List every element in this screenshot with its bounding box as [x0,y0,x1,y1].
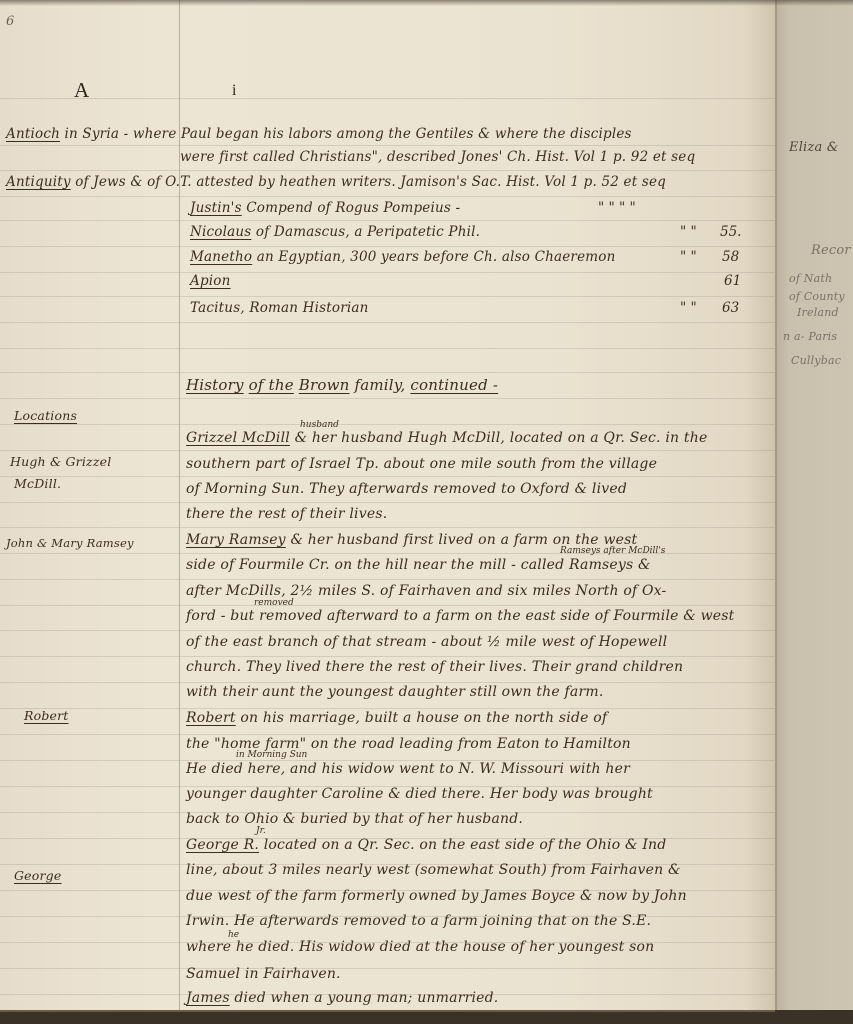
interlinear-note: removed [254,598,294,608]
body-line: where he died. His widow died at the hou… [186,939,654,955]
title-part: History [186,376,244,394]
person-name: Robert [186,710,236,726]
facing-text: of Nath [789,272,832,285]
body-line: Grizzel McDill & her husband Hugh McDill… [186,430,707,446]
index-entry-antioch: Antioch in Syria - where Paul began his … [6,126,632,142]
index-heading: Antiquity [6,174,71,190]
line-text: located on a Qr. Sec. on the east side o… [259,837,666,853]
line-text: & her husband Hugh McDill, located on a … [290,430,707,446]
page-reference: 55. [720,224,741,240]
sub-entry: Justin's Compend of Rogus Pompeius - [190,200,460,216]
ruled-line [0,322,775,323]
title-part: family, [354,376,405,394]
ruled-line [0,682,775,683]
body-line: there the rest of their lives. [186,506,387,522]
facing-text: n a- Paris [783,330,837,343]
ruled-line [0,372,775,373]
top-shadow [0,0,853,6]
ruled-line [0,220,775,221]
body-line: line, about 3 miles nearly west (somewha… [186,862,681,878]
margin-note-george: George [14,868,61,883]
ruled-line [0,398,775,399]
index-text: attested by heathen writers. Jamison's S… [196,174,666,190]
sub-entry-name: Nicolaus [190,224,251,240]
ditto-marks: " " [680,224,697,240]
person-name: Mary Ramsey [186,532,286,548]
interlinear-note: Ramseys after McDill's [560,546,665,556]
ruled-line [0,98,775,99]
page-reference: 61 [724,273,741,289]
body-line: after McDills, 2½ miles S. of Fairhaven … [186,583,666,599]
margin-heading-locations: Locations [14,408,77,423]
person-name: Grizzel McDill [186,430,290,446]
ruled-line [0,348,775,349]
interlinear-note: in Morning Sun [236,750,307,760]
facing-text: Ireland [797,306,839,319]
sub-entry-text: Roman Historian [249,300,368,316]
page-reference: 63 [722,300,739,316]
title-part: continued - [410,376,498,394]
index-letter: A [74,78,89,103]
body-line: southern part of Israel Tp. about one mi… [186,456,657,472]
body-line: of Morning Sun. They afterwards removed … [186,481,627,497]
ruled-line [0,579,775,580]
index-sub-letter: i [232,82,236,100]
section-title: History of the Brown family, continued - [186,376,498,394]
corner-page-mark: 6 [6,14,14,29]
margin-note-robert: Robert [24,708,69,723]
ruled-line [0,272,775,273]
body-line: of the east branch of that stream - abou… [186,634,667,650]
body-line: ford - but removed afterward to a farm o… [186,608,734,624]
facing-text: Cullybac [791,354,841,367]
body-line: George R. located on a Qr. Sec. on the e… [186,837,666,853]
title-part: of the [249,376,294,394]
sub-entry: Nicolaus of Damascus, a Peripatetic Phil… [190,224,480,240]
ruled-line [0,502,775,503]
body-line: He died here, and his widow went to N. W… [186,761,630,777]
index-continuation: were first called Christians", described… [180,149,695,165]
index-heading: Antioch [6,126,60,142]
sub-entry-text: Compend of Rogus Pompeius - [246,200,460,216]
body-line: Samuel in Fairhaven. [186,966,341,982]
line-text: on his marriage, built a house on the no… [236,710,608,726]
sub-entry-name: Justin's [190,200,242,216]
ruled-line [0,196,775,197]
margin-note-mcdill: McDill. [14,476,61,491]
ruled-line [0,246,775,247]
ditto-marks: " " [680,300,697,316]
ledger-page: 6 A i Antioch in Syria - where Paul bega… [0,0,775,1012]
body-line: with their aunt the youngest daughter st… [186,684,603,700]
ruled-line [0,476,775,477]
body-line: Irwin. He afterwards removed to a farm j… [186,913,651,929]
margin-note-john-mary: John & Mary Ramsey [6,536,134,550]
ditto-marks: " " " " [598,200,636,216]
sub-entry: Apion [190,273,231,289]
index-heading-rest: in Syria - [64,126,128,142]
page-reference: 58 [722,249,739,265]
ruled-line [0,450,775,451]
sub-entry-name: Apion [190,273,231,289]
index-heading-rest: of Jews & of O.T. [75,174,192,190]
body-line: church. They lived there the rest of the… [186,659,683,675]
ruled-line [0,656,775,657]
ruled-line [0,424,775,425]
sub-entry-name: Manetho [190,249,252,265]
body-line: younger daughter Caroline & died there. … [186,786,653,802]
ruled-line [0,734,775,735]
sub-entry: Manetho an Egyptian, 300 years before Ch… [190,249,616,265]
body-line: side of Fourmile Cr. on the hill near th… [186,557,651,573]
ruled-line [0,708,775,709]
person-name: George R. [186,837,259,853]
index-text: where Paul began his labors among the Ge… [133,126,632,142]
ruled-line [0,527,775,528]
index-entry-antiquity: Antiquity of Jews & of O.T. attested by … [6,174,666,190]
interlinear-note: husband [300,420,339,430]
ruled-line [0,605,775,606]
facing-text: Recor [811,243,851,258]
body-line: Robert on his marriage, built a house on… [186,710,607,726]
ruled-line [0,630,775,631]
body-line: due west of the farm formerly owned by J… [186,888,687,904]
body-line: back to Ohio & buried by that of her hus… [186,811,523,827]
ruled-line [0,968,775,969]
sub-entry: Tacitus, Roman Historian [190,300,369,316]
interlinear-note: Jr. [256,826,266,836]
sub-entry-text: an Egyptian, 300 years before Ch. also C… [257,249,616,265]
sub-entry-text: of Damascus, a Peripatetic Phil. [256,224,480,240]
title-part: Brown [299,376,350,394]
facing-page-edge: Eliza & Recor of Nath of County Ireland … [775,0,853,1010]
ditto-marks: " " [680,249,697,265]
body-line: James died when a young man; unmarried. [186,990,498,1006]
sub-entry-name: Tacitus, [190,300,245,316]
line-text: died when a young man; unmarried. [230,990,499,1006]
person-name: James [186,990,230,1006]
margin-note-hugh-grizzel: Hugh & Grizzel [10,454,111,469]
ruled-line [0,170,775,171]
ruled-line [0,145,775,146]
ruled-line [0,296,775,297]
facing-text: of County [789,290,845,303]
facing-text: Eliza & [789,140,839,155]
